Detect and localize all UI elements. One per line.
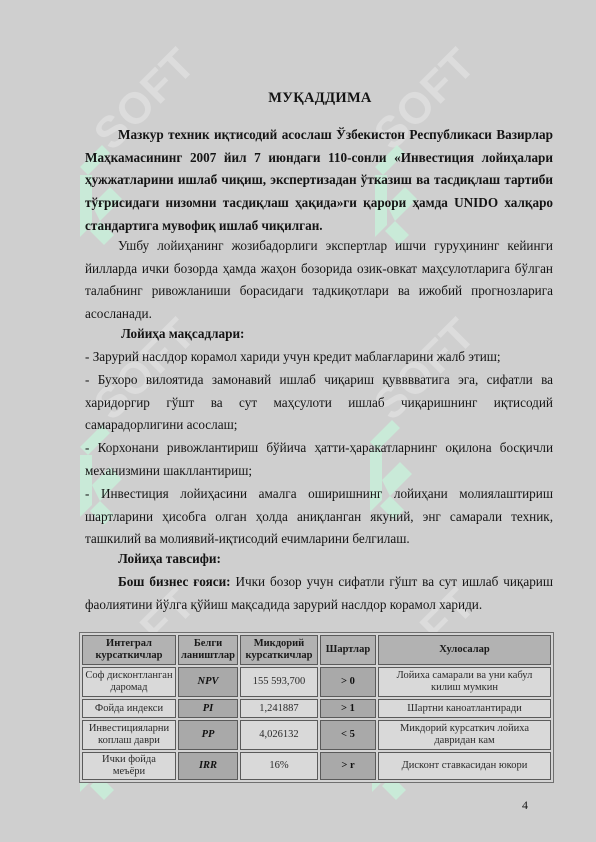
- value-cell: 4,026132: [240, 720, 318, 750]
- goal-item: - Инвестиция лойиҳасини амалга оширишнин…: [85, 483, 553, 551]
- document-page: SOFT SOFT SOFT SOFT SOFT SOFT: [0, 0, 596, 842]
- column-header-indicator: Интеграл курсаткичлар: [82, 635, 176, 665]
- symbol-cell: NPV: [178, 667, 238, 697]
- column-header-value: Микдорий курсаткичлар: [240, 635, 318, 665]
- table-row: Инвестицияларни коплаш даври PP 4,026132…: [82, 720, 551, 750]
- conclusion-cell: Микдорий курсаткич лойиха давридан кам: [378, 720, 551, 750]
- conclusion-cell: Лойиха самарали ва уни кабул килиш мумки…: [378, 667, 551, 697]
- column-header-symbol: Белги лаништлар: [178, 635, 238, 665]
- value-cell: 1,241887: [240, 699, 318, 718]
- indicator-cell: Инвестицияларни коплаш даври: [82, 720, 176, 750]
- goal-item: - Бухоро вилоятида замонавий ишлаб чиқар…: [85, 369, 553, 437]
- page-number: 4: [522, 798, 528, 813]
- condition-cell: > 0: [320, 667, 376, 697]
- symbol-cell: IRR: [178, 752, 238, 780]
- conclusion-cell: Шартни каноатлантиради: [378, 699, 551, 718]
- page-title: МУҚАДДИМА: [85, 90, 555, 107]
- goal-item: - Корхонани ривожлантириш бўйича ҳатти-ҳ…: [85, 437, 553, 482]
- column-header-conclusion: Хулосалар: [378, 635, 551, 665]
- column-header-condition: Шартлар: [320, 635, 376, 665]
- relevance-paragraph: Ушбу лойиҳанинг жозибадорлиги экспертлар…: [85, 235, 553, 326]
- intro-paragraph: Мазкур техник иқтисодий асослаш Ўзбекист…: [85, 124, 553, 238]
- condition-cell: < 5: [320, 720, 376, 750]
- table-row: Соф дисконтланган даромад NPV 155 593,70…: [82, 667, 551, 697]
- symbol-cell: PI: [178, 699, 238, 718]
- table-header-row: Интеграл курсаткичлар Белги лаништлар Ми…: [82, 635, 551, 665]
- goals-heading: Лойиҳа мақсадлари:: [121, 326, 244, 342]
- indicator-cell: Фойда индекси: [82, 699, 176, 718]
- condition-cell: > r: [320, 752, 376, 780]
- conclusion-cell: Дисконт ставкасидан юкори: [378, 752, 551, 780]
- business-idea-paragraph: Бош бизнес ғояси: Ички бозор учун сифатл…: [85, 571, 553, 616]
- symbol-cell: PP: [178, 720, 238, 750]
- goal-item: - Зарурий наслдор корамол хариди учун кр…: [85, 346, 553, 369]
- table-row: Фойда индекси PI 1,241887 > 1 Шартни кан…: [82, 699, 551, 718]
- indicator-cell: Ички фойда меъёри: [82, 752, 176, 780]
- condition-cell: > 1: [320, 699, 376, 718]
- business-idea-label: Бош бизнес ғояси:: [118, 574, 231, 589]
- value-cell: 16%: [240, 752, 318, 780]
- value-cell: 155 593,700: [240, 667, 318, 697]
- table-row: Ички фойда меъёри IRR 16% > r Дисконт ст…: [82, 752, 551, 780]
- indicator-cell: Соф дисконтланган даромад: [82, 667, 176, 697]
- description-heading: Лойиҳа тавсифи:: [118, 551, 221, 567]
- investment-metrics-table: Интеграл курсаткичлар Белги лаништлар Ми…: [79, 632, 554, 783]
